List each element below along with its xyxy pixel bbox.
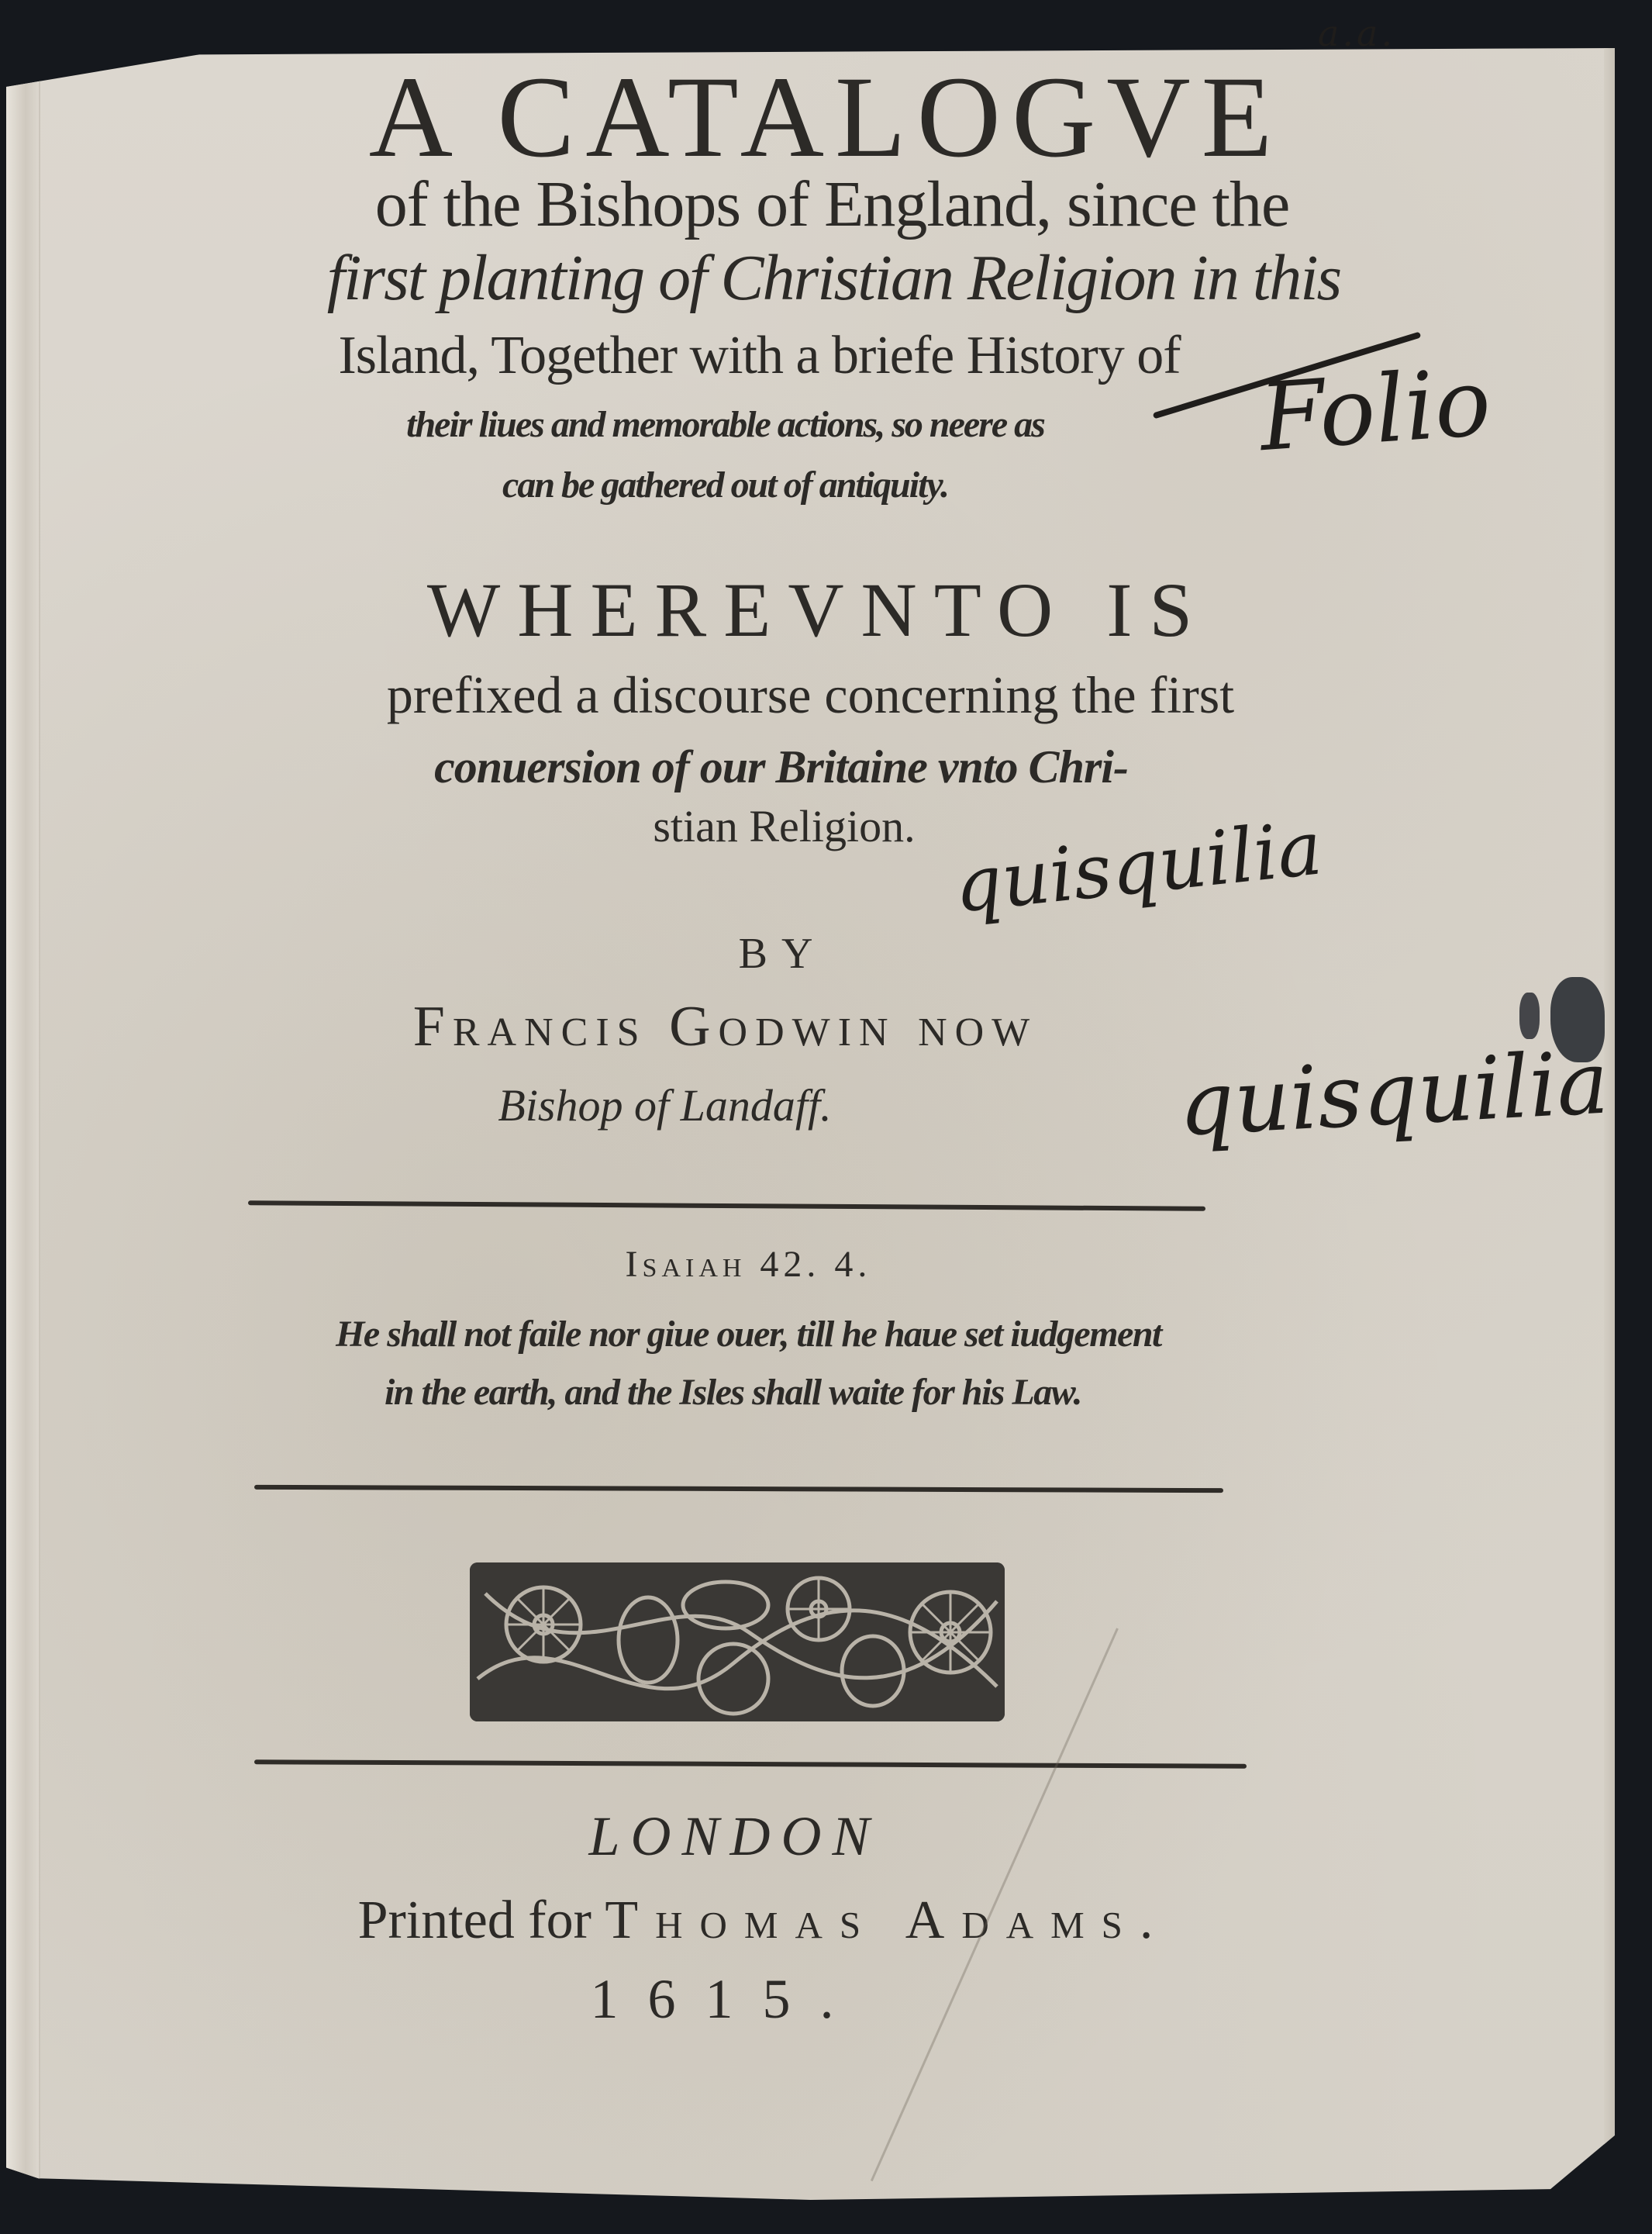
title-line-2: first planting of Christian Religion in … — [6, 246, 1638, 311]
horizontal-rule — [254, 1485, 1223, 1493]
ink-blot — [1519, 993, 1540, 1039]
imprint-place: LONDON — [0, 1808, 1539, 1864]
imprint-printer-line: Printed for Thomas Adams. — [0, 1894, 1568, 1948]
whereunto-line-2: conuersion of our Britaine vnto Chri- — [0, 744, 1585, 790]
handwritten-annotation-top: a.a. — [1318, 16, 1395, 51]
epigraph-line-2: in the earth, and the Isles shall waite … — [0, 1374, 1537, 1411]
epigraph-reference: Isaiah 42. 4. — [0, 1246, 1553, 1283]
imprint-printer-name: Thomas Adams. — [605, 1890, 1170, 1950]
whereunto-heading: WHEREVNTO IS — [14, 571, 1623, 649]
whereunto-line-1: prefixed a discourse concerning the firs… — [6, 668, 1615, 721]
title-heading: A CATALOGVE — [6, 59, 1630, 175]
epigraph-line-1: He shall not faile nor giue ouer, till h… — [0, 1316, 1553, 1353]
horizontal-rule — [254, 1759, 1247, 1769]
imprint-printed-for: Printed for — [358, 1890, 591, 1950]
horizontal-rule — [248, 1200, 1205, 1211]
whereunto-line-3: stian Religion. — [0, 804, 1588, 849]
author-name: Francis Godwin now — [0, 998, 1530, 1055]
imprint-year: 1615. — [0, 1971, 1531, 2027]
floral-ornament-icon — [470, 1562, 1005, 1721]
title-line-1: of the Bishops of England, since the — [6, 172, 1636, 237]
handwritten-annotation-2: quisquilia — [1176, 1040, 1610, 1149]
byline-by: BY — [0, 932, 1587, 975]
handwritten-annotation-folio: Folio — [1257, 357, 1494, 465]
title-line-5: can be gathered out of antiquity. — [0, 467, 1530, 504]
